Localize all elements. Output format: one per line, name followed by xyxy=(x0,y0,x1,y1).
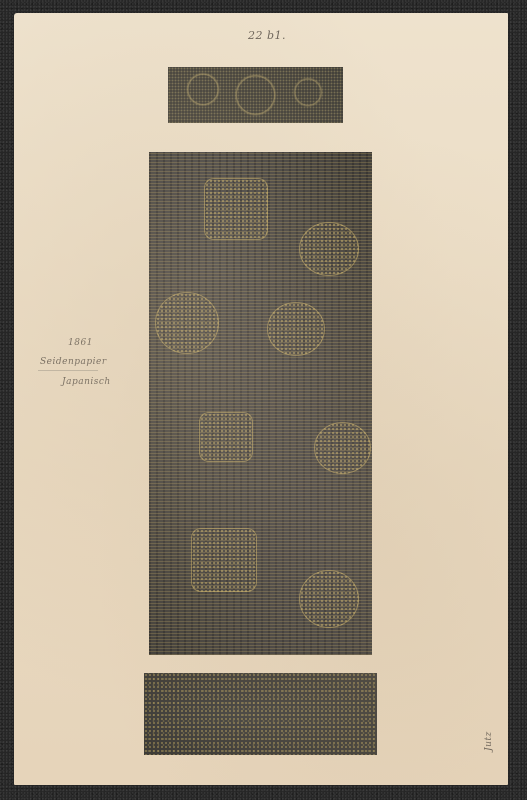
label-year: 1861 xyxy=(68,338,93,348)
textile-main-panel xyxy=(149,152,372,655)
medallion-motif xyxy=(155,292,219,354)
medallion-motif xyxy=(199,412,253,462)
medallion-motif xyxy=(314,422,371,474)
label-underline xyxy=(38,370,98,371)
mounting-sheet: 22 b1. 1861 Seidenpapier Japanisch Jutz xyxy=(14,13,508,785)
medallion-motif xyxy=(267,302,325,356)
medallion-motif xyxy=(191,528,257,592)
signature: Jutz xyxy=(484,731,494,751)
catalog-number: 22 b1. xyxy=(248,29,286,42)
textile-bottom-strip xyxy=(144,673,377,755)
medallion-motif xyxy=(299,222,359,276)
medallion-motif xyxy=(204,178,268,240)
label-origin: Japanisch xyxy=(62,377,111,387)
label-material: Seidenpapier xyxy=(40,357,107,367)
medallion-motif xyxy=(299,570,359,628)
textile-top-strip xyxy=(168,67,343,123)
